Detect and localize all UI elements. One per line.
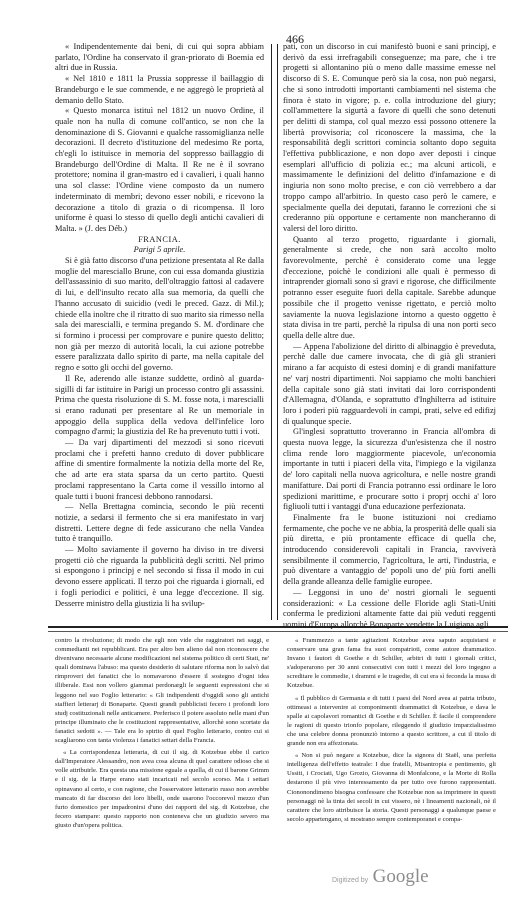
- paragraph: pati, con un discorso in cui manifestò b…: [283, 42, 496, 235]
- paragraph: « Nel 1810 e 1811 la Prussia soppresse i…: [55, 74, 264, 106]
- digitized-watermark: Digitized by Google: [332, 866, 429, 888]
- footnote: « Frammezzo a tante agitazioni Kotzebue …: [287, 636, 496, 691]
- left-column: « Indipendentemente dai beni, di cui qui…: [55, 42, 264, 609]
- section-title: FRANCIA.: [55, 235, 264, 246]
- paragraph: Si è già fatto discorso d'una petizione …: [55, 256, 264, 374]
- right-column: pati, con un discorso in cui manifestò b…: [283, 42, 496, 631]
- paragraph: — Da varj dipartimenti del mezzodì si so…: [55, 438, 264, 502]
- paragraph: — Molto saviamente il governo ha diviso …: [55, 545, 264, 609]
- paragraph: Finalmente fra le buone istituzioni noi …: [283, 513, 496, 588]
- footnote: contro la rivoluzione; di modo che egli …: [55, 636, 269, 745]
- footnote-rule: [48, 626, 508, 632]
- footnote: « Non si può negare a Kotzebue, dice la …: [287, 751, 496, 824]
- paragraph: — Leggonsi in uno de' nostri giornali le…: [283, 588, 496, 631]
- dateline: Parigi 5 aprile.: [55, 245, 264, 256]
- paragraph: Gl'inglesi soprattutto troveranno in Fra…: [283, 427, 496, 513]
- paragraph: « Questo monarca istituì nel 1812 un nuo…: [55, 106, 264, 234]
- paragraph: — Nella Brettagna comincia, secondo le p…: [55, 502, 264, 545]
- footnotes-right: « Frammezzo a tante agitazioni Kotzebue …: [287, 636, 496, 827]
- watermark-prefix: Digitized by: [332, 877, 368, 884]
- paragraph: — Appena l'abolizione del diritto di alb…: [283, 342, 496, 428]
- footnotes-left: contro la rivoluzione; di modo che egli …: [55, 636, 269, 833]
- footnote: « La corrispondenza letteraria, di cui i…: [55, 748, 269, 830]
- paragraph: Il Re, aderendo alle istanze suddette, o…: [55, 374, 264, 438]
- paragraph: « Indipendentemente dai beni, di cui qui…: [55, 42, 264, 74]
- paragraph: Quanto al terzo progetto, riguardante i …: [283, 235, 496, 342]
- google-logo: Google: [373, 866, 429, 887]
- column-divider: [271, 44, 278, 620]
- footnote: « Il pubblico di Germania e di tutti i p…: [287, 694, 496, 749]
